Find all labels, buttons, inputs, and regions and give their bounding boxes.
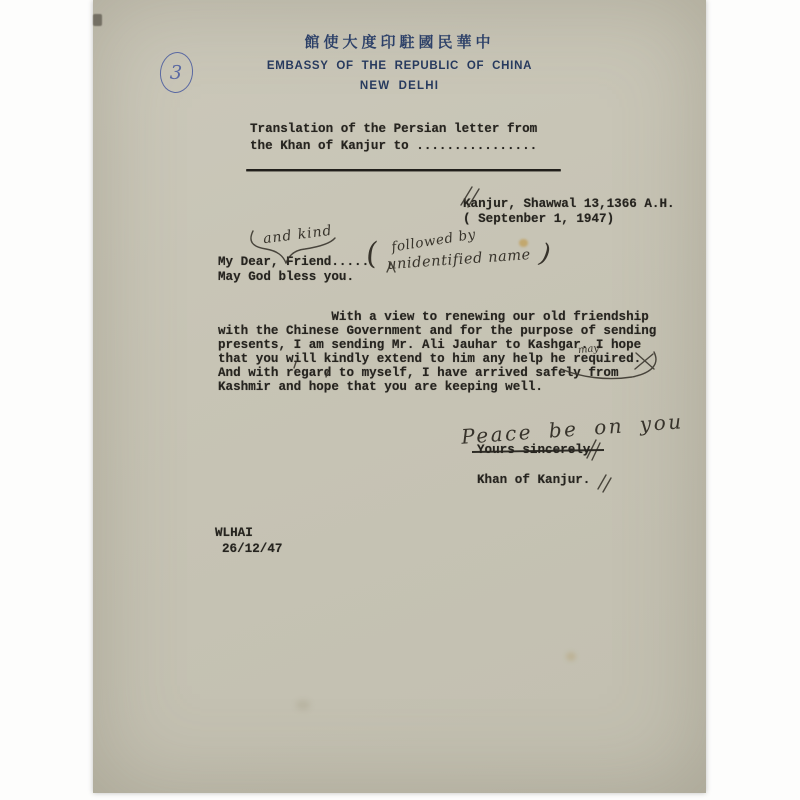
title-line-1: Translation of the Persian letter from	[250, 123, 537, 137]
footer-date: 26/12/47	[222, 543, 282, 557]
body-line-2: with the Chinese Government and for the …	[218, 325, 656, 339]
body-line-6: Kashmir and hope that you are keeping we…	[218, 381, 543, 395]
letterhead-chinese: 館使大度印駐國民華中	[93, 31, 706, 52]
salutation-line-2: May God bless you.	[218, 271, 354, 285]
letter-paper	[93, 0, 706, 793]
letterhead-city-line: NEW DELHI	[93, 80, 706, 92]
dateline-place-date: Kanjur, Shawwal 13,1366 A.H.	[463, 198, 675, 212]
annotation-inserted-word-may: may	[577, 343, 599, 356]
title-line-2: the Khan of Kanjur to ................	[250, 140, 537, 154]
body-line-5: And with regard to myself, I have arrive…	[218, 367, 619, 381]
closing-signature: Khan of Kanjur.	[477, 474, 590, 488]
salutation-line-1: My Dear, Friend.....	[218, 256, 369, 270]
footer-initials: WLHAI	[215, 527, 253, 541]
dateline-gregorian: ( Septenber 1, 1947)	[463, 213, 614, 227]
scanned-letter-page: 3 館使大度印駐國民華中 EMBASSY OF THE REPUBLIC OF …	[0, 0, 800, 800]
body-line-1: With a view to renewing our old friendsh…	[218, 311, 649, 325]
letterhead-embassy-line: EMBASSY OF THE REPUBLIC OF CHINA	[93, 60, 706, 72]
closing-struck-out: Yours sincerely	[477, 444, 590, 458]
